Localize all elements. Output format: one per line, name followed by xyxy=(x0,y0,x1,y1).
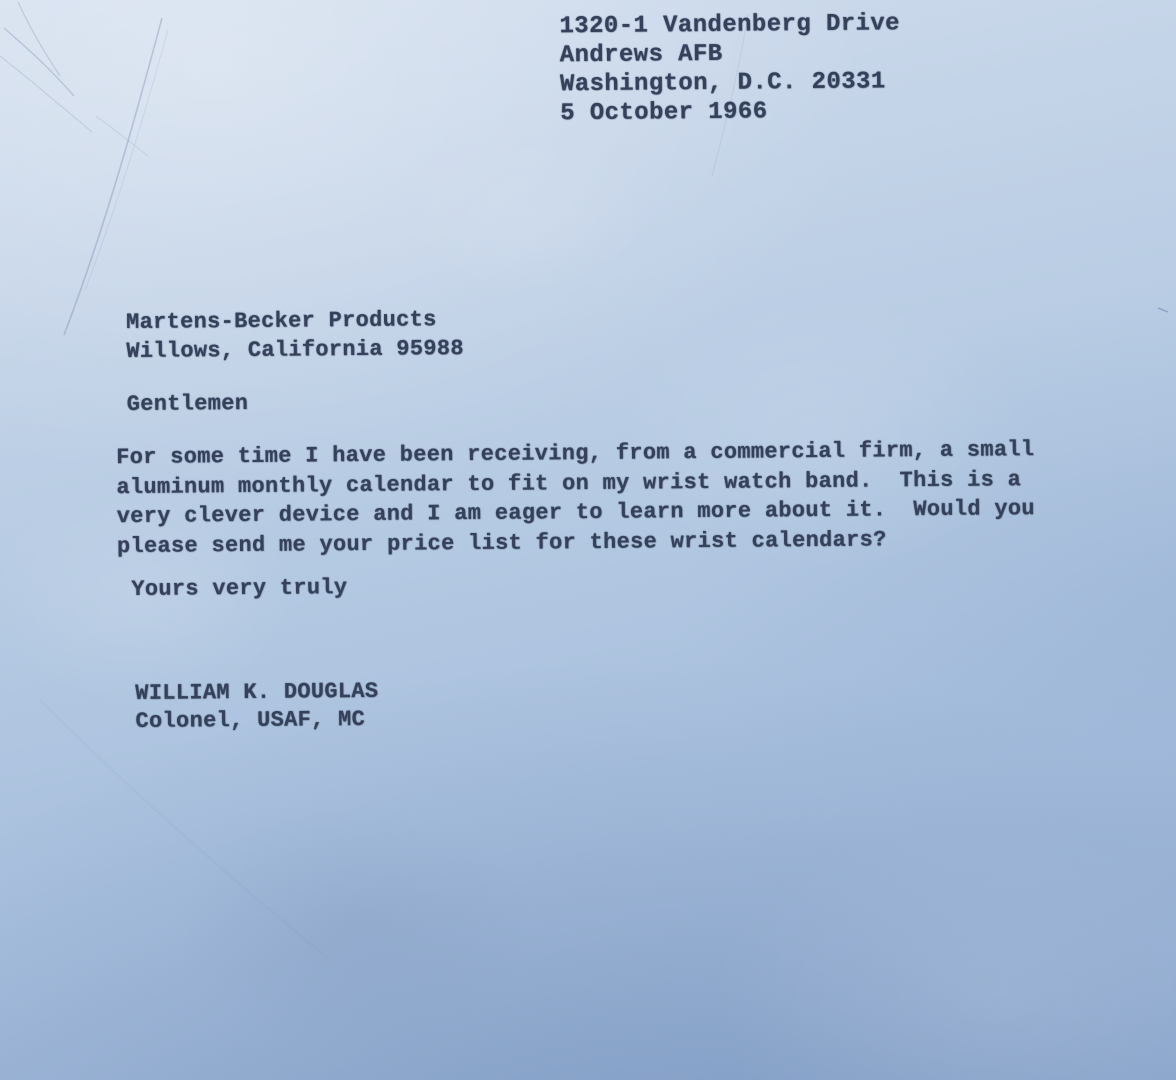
letter-text: 1320-1 Vandenberg Drive Andrews AFB Wash… xyxy=(0,0,1176,1080)
closing-block: Yours very truly xyxy=(131,573,347,604)
recipient-address-block: Martens-Becker Products Willows, Califor… xyxy=(126,305,464,366)
scanned-letter-page: 1320-1 Vandenberg Drive Andrews AFB Wash… xyxy=(0,0,1176,1080)
sender-base-line: Andrews AFB xyxy=(560,38,901,70)
signature-name: WILLIAM K. DOUGLAS xyxy=(135,678,378,708)
signature-block: WILLIAM K. DOUGLAS Colonel, USAF, MC xyxy=(135,678,379,736)
letter-date: 5 October 1966 xyxy=(560,96,901,128)
salutation-block: Gentlemen xyxy=(127,389,249,419)
signature-title: Colonel, USAF, MC xyxy=(135,706,378,736)
salutation-text: Gentlemen xyxy=(127,389,249,419)
sender-street-line: 1320-1 Vandenberg Drive xyxy=(559,9,900,41)
letter-body-paragraph: For some time I have been receiving, fro… xyxy=(116,435,1035,561)
closing-text: Yours very truly xyxy=(131,573,347,604)
sender-city-line: Washington, D.C. 20331 xyxy=(560,67,901,99)
recipient-name: Martens-Becker Products xyxy=(126,305,464,337)
recipient-city: Willows, California 95988 xyxy=(126,334,464,366)
sender-address-block: 1320-1 Vandenberg Drive Andrews AFB Wash… xyxy=(559,9,900,128)
